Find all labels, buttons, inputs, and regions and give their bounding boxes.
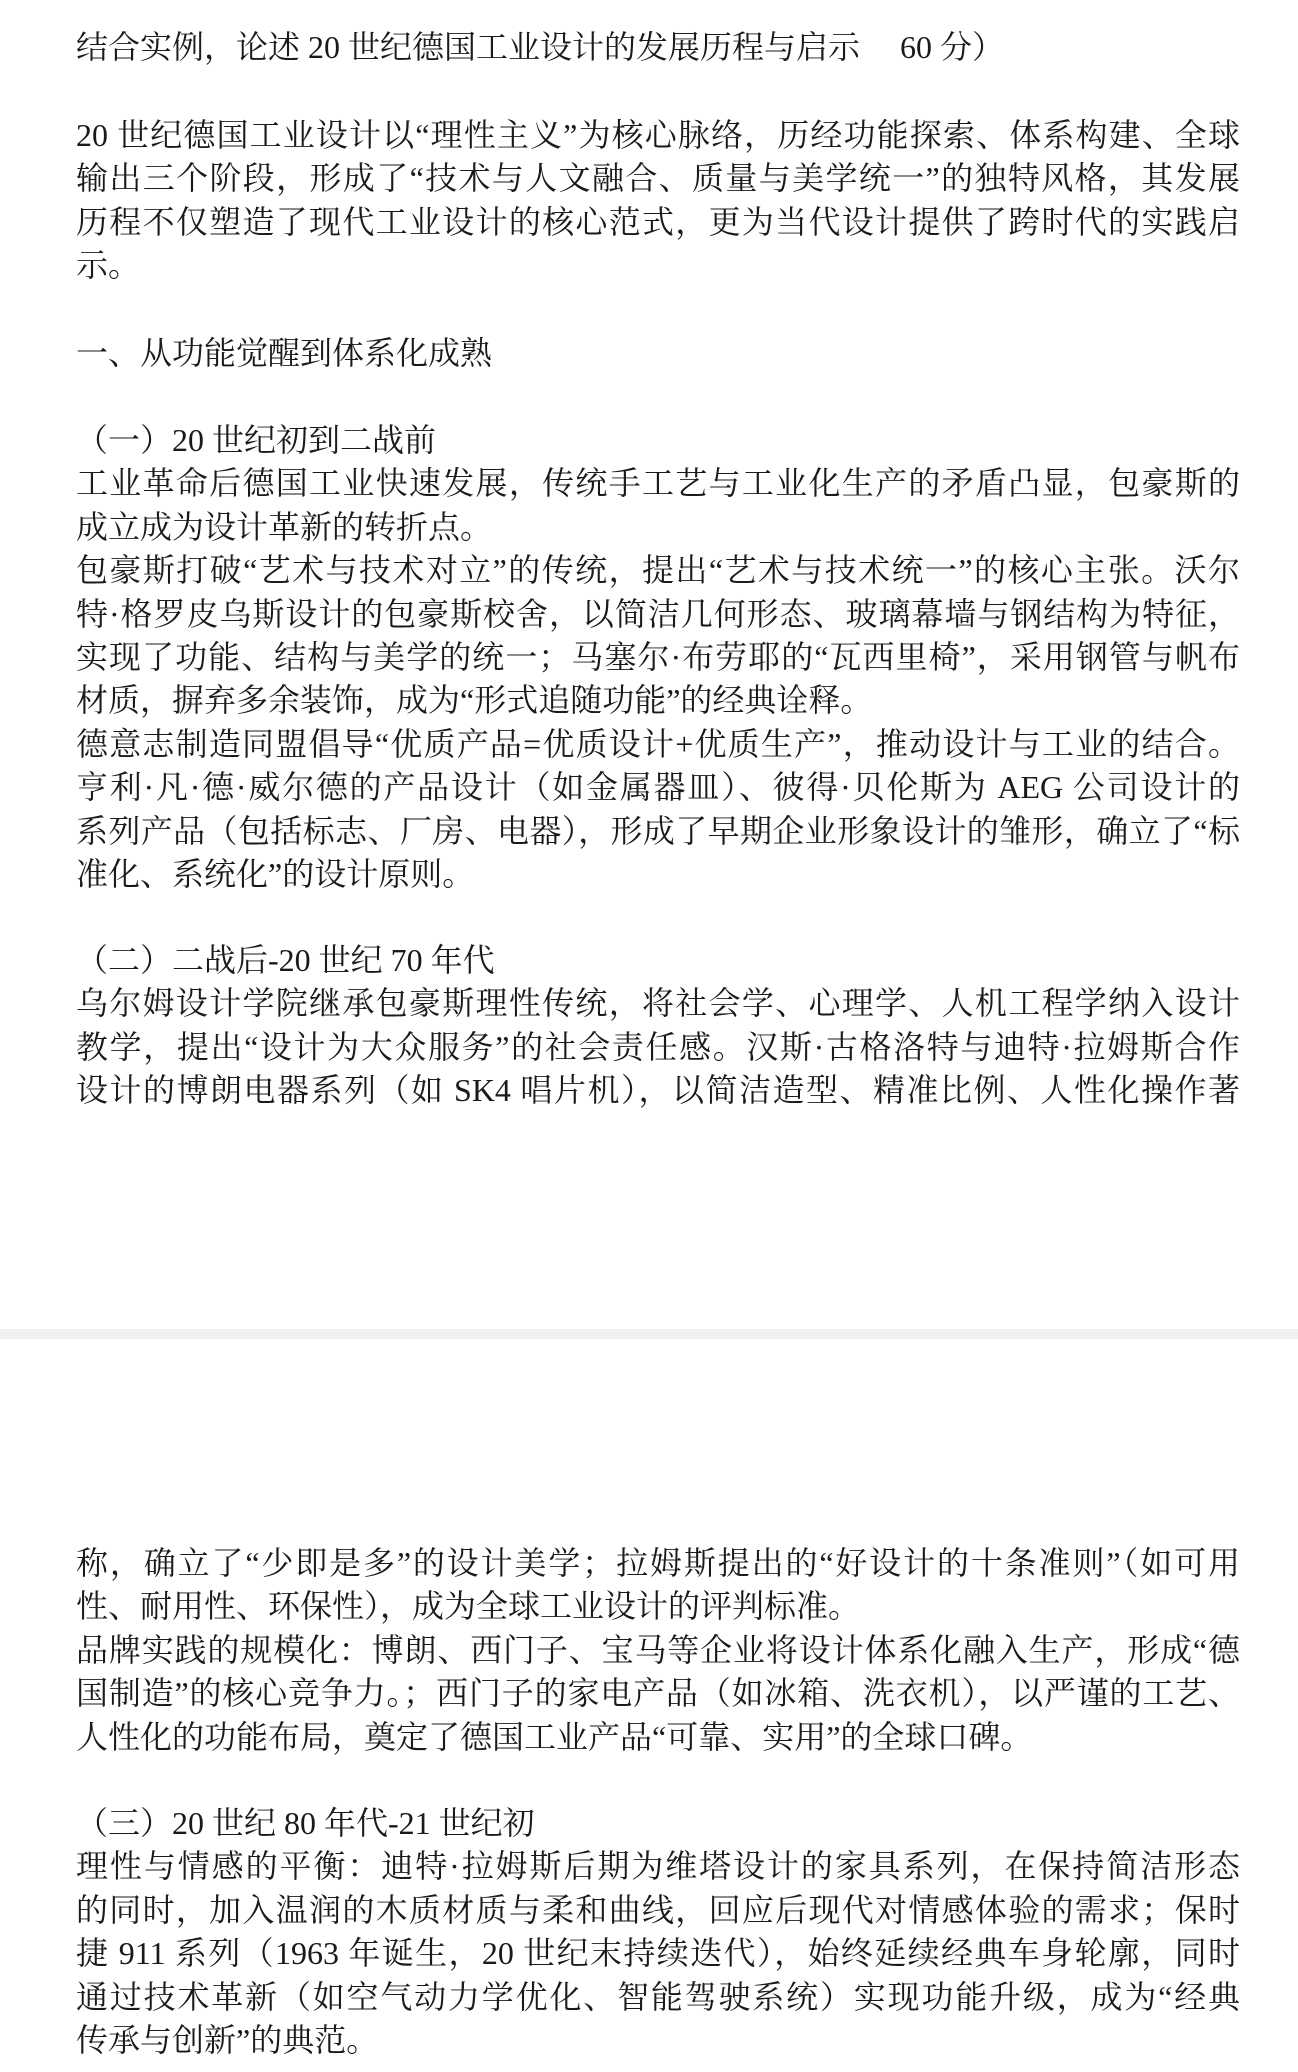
text-line: 德意志制造同盟倡导“优质产品=优质设计+优质生产”，推动设计与工业的结合。	[76, 723, 1240, 766]
text-line: 系列产品（包括标志、厂房、电器），形成了早期企业形象设计的雏形，确立了“标	[76, 810, 1240, 853]
page-break-separator	[0, 1329, 1298, 1339]
text-line: （二）二战后-20 世纪 70 年代	[76, 939, 1240, 982]
section-1-heading: 一、从功能觉醒到体系化成熟	[76, 332, 1240, 375]
text-line: （一）20 世纪初到二战前	[76, 419, 1240, 462]
text-line: 一、从功能觉醒到体系化成熟	[76, 332, 1240, 375]
text-line: 设计的博朗电器系列（如 SK4 唱片机），以简洁造型、精准比例、人性化操作著	[76, 1069, 1240, 1112]
text-line: 特·格罗皮乌斯设计的包豪斯校舍，以简洁几何形态、玻璃幕墙与钢结构为特征，	[76, 593, 1240, 636]
text-line: 材质，摒弃多余装饰，成为“形式追随功能”的经典诠释。	[76, 679, 1240, 722]
section-1-1-paragraph: （一）20 世纪初到二战前工业革命后德国工业快速发展，传统手工艺与工业化生产的矛…	[76, 419, 1240, 896]
section-1-2-paragraph: （二）二战后-20 世纪 70 年代乌尔姆设计学院继承包豪斯理性传统，将社会学、…	[76, 939, 1240, 1113]
text-line: 输出三个阶段，形成了“技术与人文融合、质量与美学统一”的独特风格，其发展	[76, 157, 1240, 200]
intro-paragraph: 20 世纪德国工业设计以“理性主义”为核心脉络，历经功能探索、体系构建、全球输出…	[76, 114, 1240, 288]
text-line: 工业革命后德国工业快速发展，传统手工艺与工业化生产的矛盾凸显，包豪斯的	[76, 462, 1240, 505]
text-line: 通过技术革新（如空气动力学优化、智能驾驶系统）实现功能升级，成为“经典	[76, 1976, 1240, 2019]
text-line: 的同时，加入温润的木质材质与柔和曲线，回应后现代对情感体验的需求；保时	[76, 1889, 1240, 1932]
text-line: 包豪斯打破“艺术与技术对立”的传统，提出“艺术与技术统一”的核心主张。沃尔	[76, 549, 1240, 592]
section-1-3-paragraph: （三）20 世纪 80 年代-21 世纪初理性与情感的平衡：迪特·拉姆斯后期为维…	[76, 1802, 1240, 2062]
text-line: 历程不仅塑造了现代工业设计的核心范式，更为当代设计提供了跨时代的实践启	[76, 201, 1240, 244]
document-page: 结合实例，论述 20 世纪德国工业设计的发展历程与启示 60 分）20 世纪德国…	[0, 0, 1298, 2072]
text-line: 教学，提出“设计为大众服务”的社会责任感。汉斯·古格洛特与迪特·拉姆斯合作	[76, 1026, 1240, 1069]
text-line: 准化、系统化”的设计原则。	[76, 853, 1240, 896]
text-line: 亨利·凡·德·威尔德的产品设计（如金属器皿）、彼得·贝伦斯为 AEG 公司设计的	[76, 766, 1240, 809]
text-line: （三）20 世纪 80 年代-21 世纪初	[76, 1802, 1240, 1845]
text-line: 20 世纪德国工业设计以“理性主义”为核心脉络，历经功能探索、体系构建、全球	[76, 114, 1240, 157]
text-line: 实现了功能、结构与美学的统一；马塞尔·布劳耶的“瓦西里椅”，采用钢管与帆布	[76, 636, 1240, 679]
text-line: 捷 911 系列（1963 年诞生，20 世纪末持续迭代），始终延续经典车身轮廓…	[76, 1932, 1240, 1975]
text-line: 结合实例，论述 20 世纪德国工业设计的发展历程与启示 60 分）	[76, 26, 1240, 69]
text-line: 称，确立了“少即是多”的设计美学；拉姆斯提出的“好设计的十条准则”（如可用	[76, 1542, 1240, 1585]
text-line: 乌尔姆设计学院继承包豪斯理性传统，将社会学、心理学、人机工程学纳入设计	[76, 982, 1240, 1025]
text-line: 成立成为设计革新的转折点。	[76, 506, 1240, 549]
text-line: 传承与创新”的典范。	[76, 2019, 1240, 2062]
question-title: 结合实例，论述 20 世纪德国工业设计的发展历程与启示 60 分）	[76, 26, 1240, 69]
text-line: 性、耐用性、环保性），成为全球工业设计的评判标准。	[76, 1585, 1240, 1628]
section-1-2-continued-paragraph: 称，确立了“少即是多”的设计美学；拉姆斯提出的“好设计的十条准则”（如可用性、耐…	[76, 1542, 1240, 1759]
text-line: 品牌实践的规模化：博朗、西门子、宝马等企业将设计体系化融入生产，形成“德	[76, 1629, 1240, 1672]
text-line: 示。	[76, 244, 1240, 287]
text-line: 国制造”的核心竞争力。；西门子的家电产品（如冰箱、洗衣机），以严谨的工艺、	[76, 1672, 1240, 1715]
text-line: 人性化的功能布局，奠定了德国工业产品“可靠、实用”的全球口碑。	[76, 1716, 1240, 1759]
text-line: 理性与情感的平衡：迪特·拉姆斯后期为维塔设计的家具系列，在保持简洁形态	[76, 1845, 1240, 1888]
